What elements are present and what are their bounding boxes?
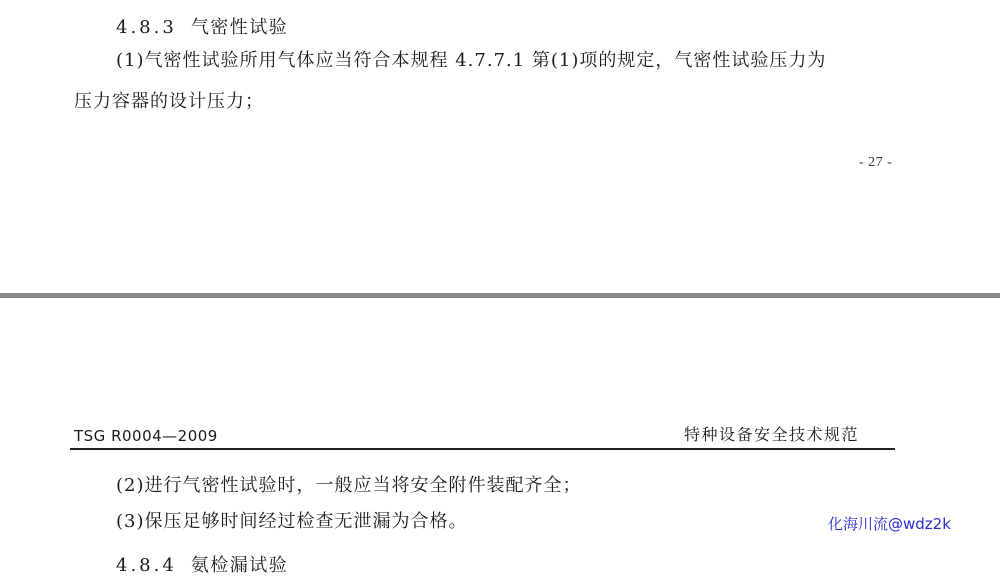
paragraph-1-line-2: 压力容器的设计压力； xyxy=(74,91,264,113)
section-heading-4-8-3: 4.8.3气密性试验 xyxy=(116,17,288,39)
document-page-27: 4.8.3气密性试验 (1)气密性试验所用气体应当符合本规程 4.7.7.1 第… xyxy=(0,0,1000,293)
section-number: 4.8.3 xyxy=(116,17,177,39)
paragraph-1-line-1: (1)气密性试验所用气体应当符合本规程 4.7.7.1 第(1)项的规定，气密性… xyxy=(116,50,826,72)
header-title: 特种设备安全技术规范 xyxy=(684,422,859,445)
section-heading-4-8-4: 4.8.4氨检漏试验 xyxy=(116,555,288,577)
section-title: 气密性试验 xyxy=(191,17,289,38)
page-number: - 27 - xyxy=(859,155,892,171)
list-item-3: (3)保压足够时间经过检查无泄漏为合格。 xyxy=(116,511,468,533)
section-number: 4.8.4 xyxy=(116,555,177,577)
list-item-2: (2)进行气密性试验时，一般应当将安全附件装配齐全； xyxy=(116,475,582,497)
watermark-text: 化海川流@wdz2k xyxy=(828,513,951,534)
standard-code: TSG R0004—2009 xyxy=(74,427,218,445)
running-header: TSG R0004—2009 特种设备安全技术规范 xyxy=(70,424,895,450)
section-title: 氨检漏试验 xyxy=(191,555,289,576)
